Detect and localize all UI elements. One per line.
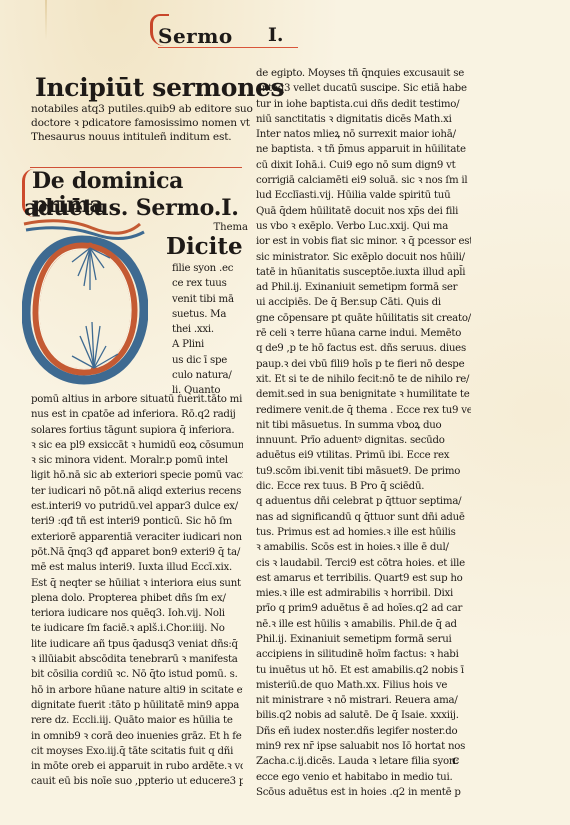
text-line: nit tibi māsuetus. In summa vboꝝ duo (256, 418, 471, 433)
text-line: tur in iohe baptista.cui dñs dedit testi… (256, 97, 471, 112)
text-line: q de9 ,p te hō factus est. dñs seruus. d… (256, 341, 471, 356)
text-line: teri9 :qđ tñ est interi9 ponticū. Sic hō… (31, 514, 243, 529)
text-line: Phil.ij. Exinaniuit semetipm formā serui (256, 632, 471, 647)
text-line: Scōus aduētus est in hoies .q2 in mentē … (256, 785, 471, 800)
text-line: rē celi ꝛ terre hūana carne indui. Memēt… (256, 326, 471, 341)
text-line: demit.sed in sua benignitate ꝛ humilitat… (256, 387, 471, 402)
incipit-line: Thesaurus nouus intituleñ inditum est. (31, 130, 241, 144)
text-line: corrigiā calciamēti ei9 soluā. sic ꝛ nos… (256, 173, 471, 188)
text-line: Quā q̄dem hūilitatē docuit nos xp̄s dei … (256, 204, 471, 219)
manuscript-page: Sermo I. Incipiūt sermones notabiles atq… (0, 0, 570, 825)
text-line: us dic ī spe (172, 353, 248, 368)
thema-incipit: Dicite (166, 234, 248, 261)
sermon-heading: De dominica prima aduētus. Sermo.I. (22, 163, 244, 223)
text-line: cauit eū bis noīe suo ,ppterio ut educer… (31, 774, 243, 789)
text-line: us vbo ꝛ exēplo. Verbo Luc.xxij. Qui ma (256, 219, 471, 234)
text-line: gne cōpensare pt quāte hūilitatis sit cr… (256, 311, 471, 326)
text-line: paup.ꝛ dei vbū fili9 hoīs p te fieri nō … (256, 357, 471, 372)
text-line: nit ministrare ꝛ nō mistrari. Reuera ama… (256, 693, 471, 708)
decorated-initial-o (22, 218, 148, 388)
text-line: tu inuētus ut hō. Et est amabilis.q2 nob… (256, 663, 471, 678)
text-line: thei .xxi. (172, 322, 248, 337)
signature-mark: c (452, 753, 459, 767)
text-line: tus. Primus est ad homies.ꝛ ille est hūi… (256, 525, 471, 540)
text-line: Dñs eñ iudex noster.dñs legifer noster.d… (256, 724, 471, 739)
text-line: exteriorē apparentiā veraciter iudicari … (31, 530, 243, 545)
text-line: prīo q prim9 aduētus ē ad hoīes.q2 ad ca… (256, 601, 471, 616)
text-line: nē.ꝛ ille est hūilis ꝛ amabilis. Phil.de… (256, 617, 471, 632)
text-line: ꝛ sic ea pl9 exsiccāt ꝛ humidū eoꝝ cōsum… (31, 438, 243, 453)
text-line: ad Phil.ij. Exinaniuit semetipm formā se… (256, 280, 471, 295)
text-line: cū dixit Iohā.i. Cui9 ego nō sum dign9 v… (256, 158, 471, 173)
text-line: lite iudicare añ tpus q̄adusq3 veniat dñ… (31, 637, 243, 652)
incipit-title: Incipiūt sermones (35, 74, 241, 102)
page-fold-mark (45, 0, 47, 40)
text-line: cit moyses Exo.iij.q̄ tāte scitatis fuit… (31, 744, 243, 759)
text-line: accipiens in silitudinē hoīm factus: ꝛ h… (256, 647, 471, 662)
text-line: ne baptista. ꝛ tñ p̄mus apparuit in hūil… (256, 142, 471, 157)
text-line: min9 rex nr̄ ipse saluabit nos Iō hortat… (256, 739, 471, 754)
text-line: tu9.scōm ibi.venit tibi māsuet9. De prim… (256, 464, 471, 479)
heading-line-2: aduētus. Sermo.I. (24, 196, 239, 220)
text-line: sic ministrator. Sic exēplo docuit nos h… (256, 250, 471, 265)
text-line: lud Ecclīasti.vij. Hūilia valde spiritū … (256, 188, 471, 203)
text-line: anteq3 vellet ducatū suscipe. Sic etiā h… (256, 81, 471, 96)
text-line: culo natura/ (172, 368, 248, 383)
text-line: plena dolo. Propterea phibet dñs ſm ex/ (31, 591, 243, 606)
text-line: est.interi9 vo putridū.vel appar3 dulce … (31, 499, 243, 514)
text-line: tatē in hūanitatis susceptōe.iuxta illud… (256, 265, 471, 280)
text-line: ter iudicari nō pōt.nā aliqd exterius re… (31, 484, 243, 499)
incipit-line: notabiles atq3 putiles.quib9 ab editore … (31, 102, 241, 116)
running-head: Sermo I. (150, 14, 298, 48)
text-line: rere dz. Eccli.iij. Quāto maior es hūili… (31, 713, 243, 728)
text-line: aduētus ei9 vtilitas. Primū ibi. Ecce re… (256, 448, 471, 463)
text-line: ior est in vobis fiat sic minor. ꝛ q̄ pc… (256, 234, 471, 249)
text-line: in omnib9 ꝛ corā deo inuenies grāz. Et h… (31, 729, 243, 744)
text-line: de egipto. Moyses tñ q̄nquies excusauit … (256, 66, 471, 81)
text-line: ecce ego venio et habitabo in medio tui. (256, 770, 471, 785)
incipit-block: Incipiūt sermones notabiles atq3 putiles… (31, 74, 241, 144)
text-line: dic. Ecce rex tuus. B Pro q̄ sciēdū. (256, 479, 471, 494)
text-line: q aduentus dñi celebrat p q̄ttuor septim… (256, 494, 471, 509)
text-line: ce rex tuus (172, 276, 248, 291)
text-line: mē est malus interi9. Iuxta illud Eccī.x… (31, 560, 243, 575)
text-line: Inter natos mlieꝝ nō surrexit maior iohā… (256, 127, 471, 142)
text-line: suetus. Ma (172, 307, 248, 322)
text-line: nas ad significandū q q̄ttuor sunt dñi a… (256, 510, 471, 525)
text-line: redimere venit.de q̄ thema . Ecce rex tu… (256, 403, 471, 418)
text-line: ꝛ illūiabit abscōdita tenebrarū ꝛ manife… (31, 652, 243, 667)
right-column-text: de egipto. Moyses tñ q̄nquies excusauit … (256, 66, 471, 800)
text-line: te iudicare ſm faciē.ꝛ aplš.i.Chor.iiij.… (31, 621, 243, 636)
thema-block: Thema Dicite filie syon .ec ce rex tuus … (172, 221, 248, 399)
text-line: mies.ꝛ ille est admirabilis ꝛ horribil. … (256, 586, 471, 601)
text-line: xit. Et si te de nihilo fecit:nō te de n… (256, 372, 471, 387)
text-line: dignitate fuerit :tāto p hūilitatē min9 … (31, 698, 243, 713)
text-line: venit tibi mā (172, 292, 248, 307)
text-line: Zacha.c.ij.dicēs. Lauda ꝛ letare filia s… (256, 754, 471, 769)
text-line: hō in arbore hūane nature alti9 in scita… (31, 683, 243, 698)
text-line: nus est in cpatōe ad inferiora. Rō.q2 ra… (31, 407, 243, 422)
text-line: ꝛ sic minora vident. Moralr.p pomū intel (31, 453, 243, 468)
text-line: Est q̄ neqter se hūiliat ꝛ interiora eiu… (31, 576, 243, 591)
text-line: ligit hō.nā sic ab exteriori specie pomū… (31, 468, 243, 483)
running-head-number: I. (268, 24, 284, 46)
text-line: bilis.q2 nobis ad salutē. De q̄ Isaie. x… (256, 708, 471, 723)
text-line: filie syon .ec (172, 261, 248, 276)
text-line: pōt.Nā q̄nq3 qđ apparet bon9 exteri9 q̄ … (31, 545, 243, 560)
text-line: misteriū.de quo Math.xx. Filius hois ve (256, 678, 471, 693)
text-line: pomū altius in arbore situatū fuerit.tāt… (31, 392, 243, 407)
text-line: teriora iudicare nos quēq3. Ioh.vij. Nol… (31, 606, 243, 621)
text-line: est amarus et terribilis. Quart9 est sup… (256, 571, 471, 586)
running-head-rule (158, 47, 298, 48)
text-line: A Plini (172, 337, 248, 352)
running-head-word: Sermo (158, 24, 233, 48)
text-line: ꝛ amabilis. Scōs est in hoies.ꝛ ille ē d… (256, 540, 471, 555)
text-line: niū sanctitatis ꝛ dignitatis dicēs Math.… (256, 112, 471, 127)
text-line: ui accipiēs. De q̄ Ber.sup Cāti. Quis di (256, 295, 471, 310)
left-column-text: pomū altius in arbore situatū fuerit.tāt… (31, 392, 243, 790)
text-line: bit cōsilia cordiū ꝛc. Nō q̄to istud pom… (31, 667, 243, 682)
text-line: cis ꝛ laudabil. Terci9 est cōtra hoies. … (256, 556, 471, 571)
incipit-line: doctore ꝛ pdicatore famosissimo nomen vt (31, 116, 241, 130)
text-line: innuunt. Prīo aduentꝰ dignitas. secūdo (256, 433, 471, 448)
text-line: solares fortius tāgunt supiora q̄ inferi… (31, 423, 243, 438)
text-line: in mōte oreb ei apparuit in rubo ardēte.… (31, 759, 243, 774)
